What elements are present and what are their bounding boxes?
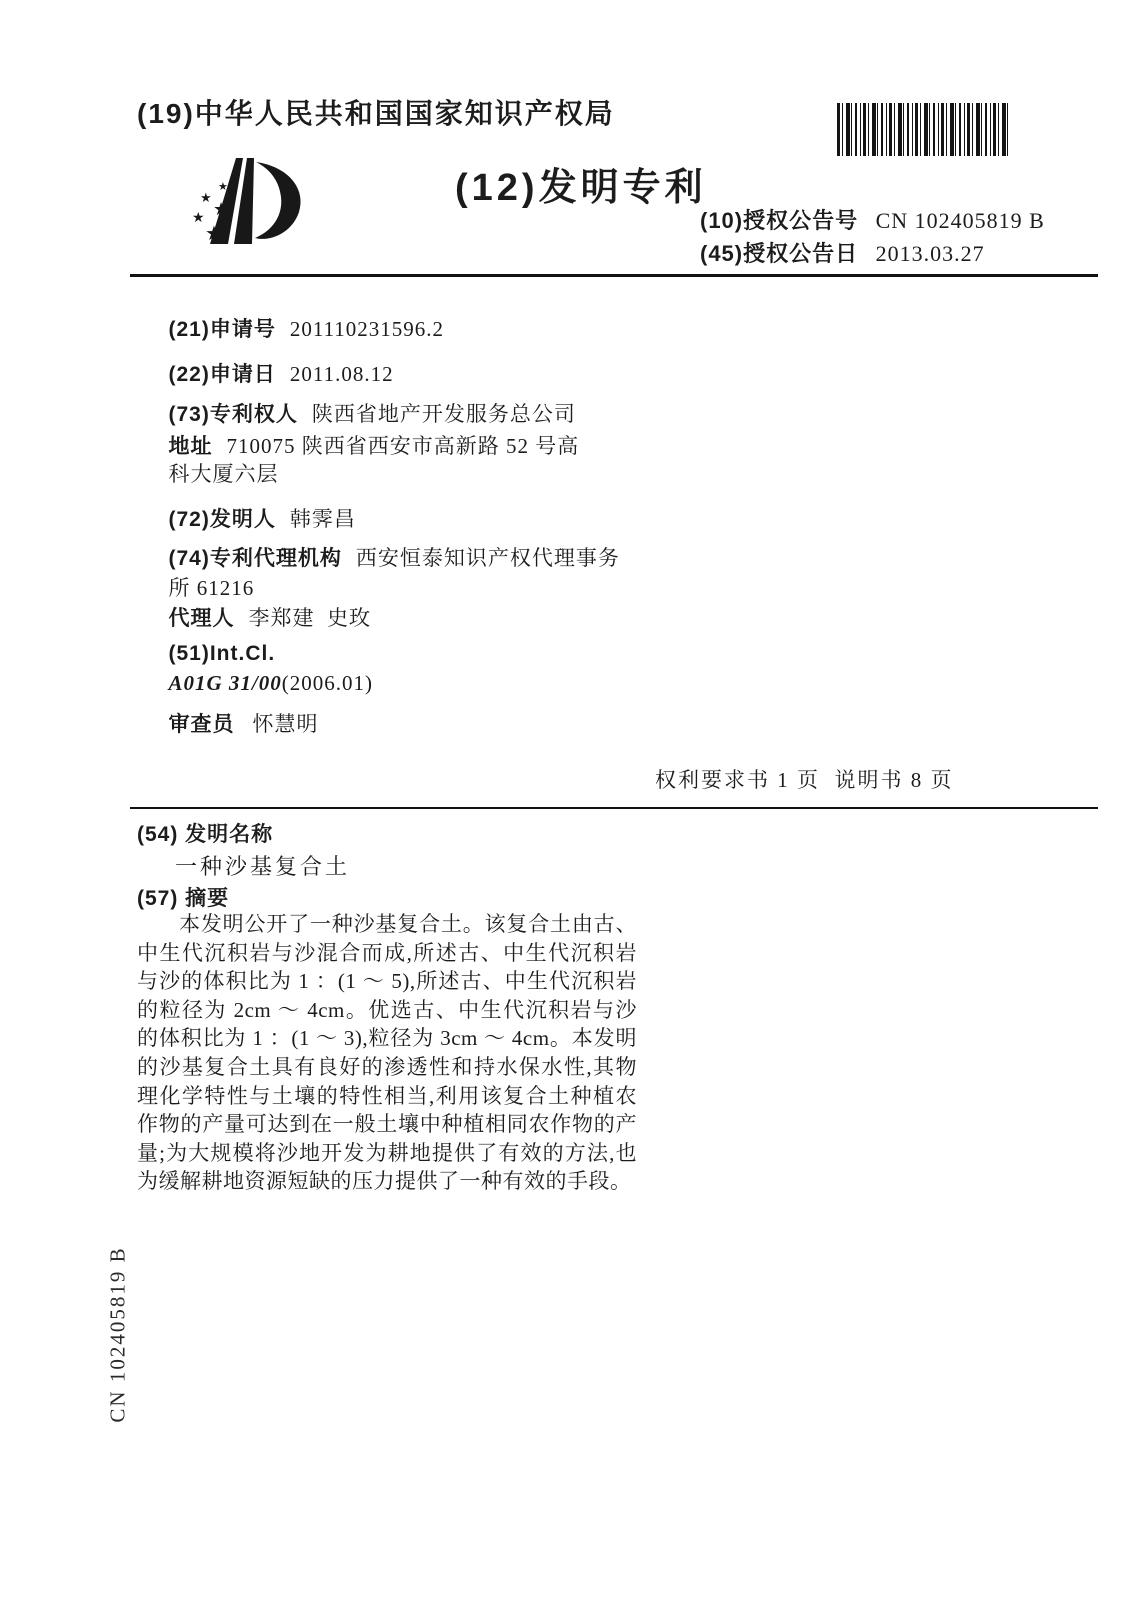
invention-title: 一种沙基复合土 (175, 850, 350, 881)
abstract-text: 本发明公开了一种沙基复合土。该复合土由古、中生代沉积岩与沙混合而成,所述古、中生… (137, 910, 637, 1196)
svg-text:★: ★ (200, 191, 212, 206)
svg-text:★: ★ (213, 199, 229, 220)
publication-date-value: 2013.03.27 (876, 241, 985, 266)
sipo-emblem-icon: ★ ★ ★ ★ ★ (158, 138, 343, 268)
vertical-doc-code: CN 102405819 B (106, 1155, 131, 1515)
examiner-row: 审查员怀慧明 (137, 683, 319, 763)
issuing-office-title: (19)中华人民共和国国家知识产权局 (137, 92, 615, 132)
pages-note: 权利要求书 1 页 说明书 8 页 (655, 764, 954, 794)
examiner-label: 审查员 (169, 713, 235, 736)
publication-number-label: (10)授权公告号 (700, 208, 858, 233)
publication-number-row: (10)授权公告号 CN 102405819 B (700, 204, 1045, 237)
examiner-value: 怀慧明 (253, 712, 319, 736)
publication-info: (10)授权公告号 CN 102405819 B (45)授权公告日 2013.… (700, 204, 1045, 270)
agency-line1: 西安恒泰知识产权代理事务 (356, 546, 620, 570)
svg-text:★: ★ (218, 180, 228, 193)
section-divider (130, 807, 1098, 809)
barcode-icon (837, 103, 1011, 156)
patent-front-page: (19)中华人民共和国国家知识产权局 ★ ★ ★ ★ ★ (12)发明专利 (1… (0, 0, 1131, 1600)
publication-date-label: (45)授权公告日 (700, 241, 858, 266)
svg-text:★: ★ (192, 210, 205, 226)
publication-number-value: CN 102405819 B (876, 208, 1045, 233)
abstract-label: (57) 摘要 (137, 882, 229, 912)
invention-title-label: (54) 发明名称 (137, 818, 273, 848)
header-divider (130, 274, 1098, 277)
svg-text:★: ★ (205, 221, 223, 245)
address-line1: 710075 陕西省西安市高新路 52 号高 (227, 434, 580, 458)
publication-date-row: (45)授权公告日 2013.03.27 (700, 237, 1045, 270)
document-type-title: (12)发明专利 (455, 156, 707, 211)
